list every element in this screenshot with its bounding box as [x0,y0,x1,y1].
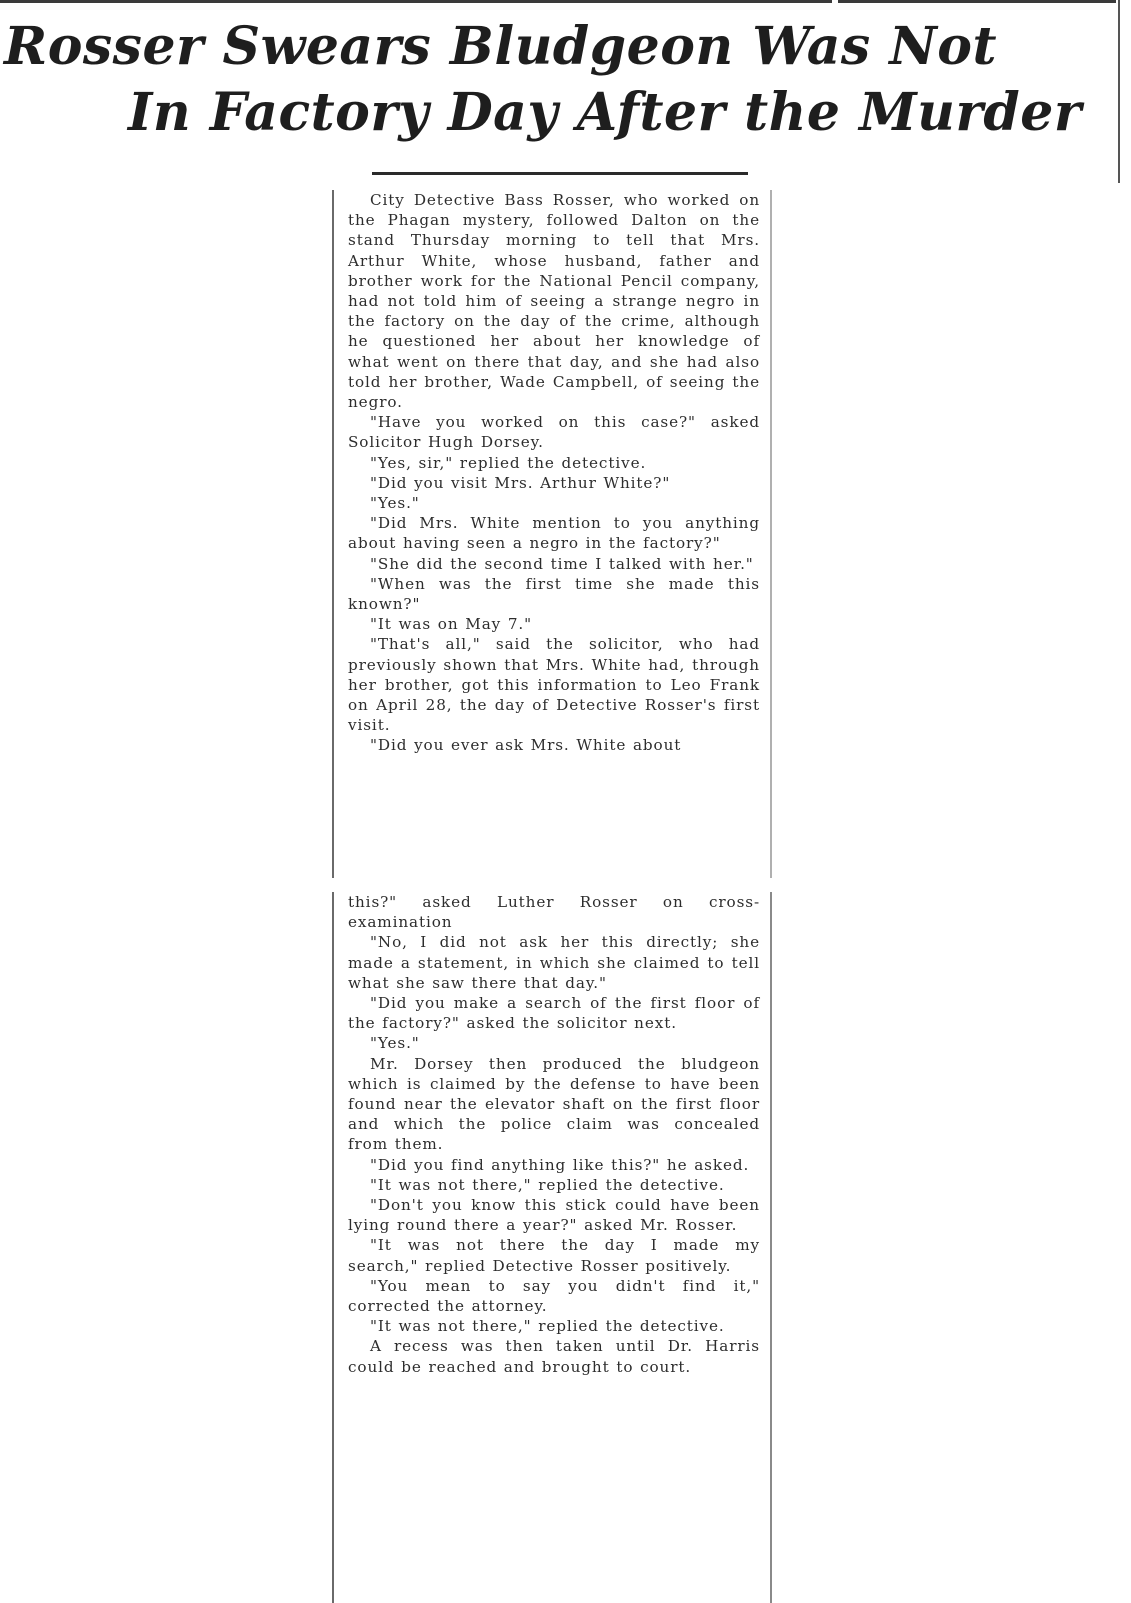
paragraph: "It was not there the day I made my sear… [348,1235,760,1275]
paragraph: "No, I did not ask her this directly; sh… [348,932,760,993]
paragraph: "That's all," said the solicitor, who ha… [348,634,760,735]
headline-line-2: In Factory Day After the Murder [0,80,1115,146]
paragraph: A recess was then taken until Dr. Harris… [348,1336,760,1376]
paragraph: "Have you worked on this case?" asked So… [348,412,760,452]
paragraph: "Yes." [348,1033,760,1053]
right-frame-rule [1118,0,1120,183]
headline: Rosser Swears Bludgeon Was Not In Factor… [0,14,1115,146]
paragraph: "Don't you know this stick could have be… [348,1195,760,1235]
top-border-rule-right [838,0,1116,3]
paragraph: "Did you ever ask Mrs. White about [348,735,760,755]
paragraph: "It was not there," replied the detectiv… [348,1175,760,1195]
paragraph: "It was not there," replied the detectiv… [348,1316,760,1336]
paragraph: "Did you make a search of the first floo… [348,993,760,1033]
paragraph: City Detective Bass Rosser, who worked o… [348,190,760,412]
article-column-part-2: this?" asked Luther Rosser on cross-exam… [332,892,772,1603]
paragraph: "She did the second time I talked with h… [348,554,760,574]
paragraph: "When was the first time she made this k… [348,574,760,614]
paragraph: "It was on May 7." [348,614,760,634]
paragraph-continuation: this?" asked Luther Rosser on cross-exam… [348,892,760,932]
headline-divider [372,172,748,175]
headline-line-1: Rosser Swears Bludgeon Was Not [0,14,1115,80]
top-border-rule [0,0,832,3]
paragraph: "Did you find anything like this?" he as… [348,1155,760,1175]
paragraph: Mr. Dorsey then produced the bludgeon wh… [348,1054,760,1155]
paragraph: "Yes." [348,493,760,513]
paragraph: "Did Mrs. White mention to you anything … [348,513,760,553]
paragraph: "You mean to say you didn't find it," co… [348,1276,760,1316]
paragraph: "Yes, sir," replied the detective. [348,453,760,473]
paragraph: "Did you visit Mrs. Arthur White?" [348,473,760,493]
article-column-part-1: City Detective Bass Rosser, who worked o… [332,190,772,878]
